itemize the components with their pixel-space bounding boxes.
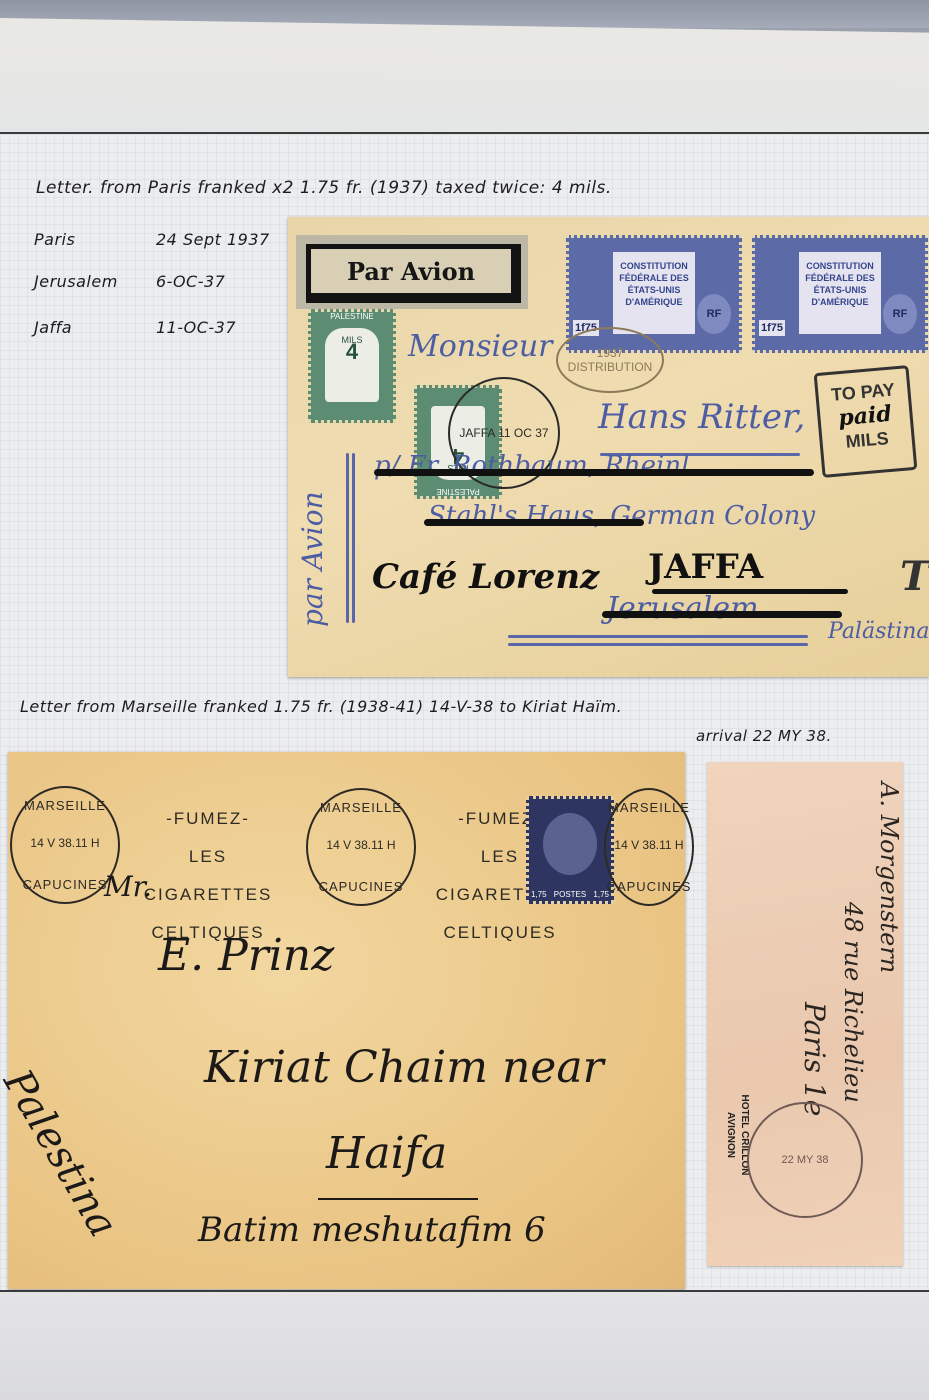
cancel-date: 14 V 38.11 H xyxy=(12,836,118,850)
side-rule xyxy=(346,453,349,623)
cancel-date: 14 V 38.11 H xyxy=(606,838,692,852)
arrival-postmark: 22 MY 38 xyxy=(747,1102,863,1218)
section1-heading: Letter. from Paris franked x2 1.75 fr. (… xyxy=(36,178,612,198)
stamp-text: D'AMÉRIQUE xyxy=(799,296,881,308)
sender-line: 48 rue Richelieu xyxy=(839,902,867,1103)
stamp-text: FÉDÉRALE DES xyxy=(799,272,881,284)
paris-cover: Par Avion CONSTITUTION FÉDÉRALE DES ÉTAT… xyxy=(288,217,929,677)
slogan-line: LES CIGARETTES xyxy=(128,838,288,914)
address-line: Haifa xyxy=(326,1128,447,1179)
cancel-town: MARSEILLE xyxy=(308,800,414,815)
stamp-country: PALESTINE xyxy=(417,487,499,496)
stamp-value: 4 xyxy=(325,346,379,358)
sender-line: A. Morgenstern xyxy=(875,782,903,973)
us-constitution-stamp: CONSTITUTION FÉDÉRALE DES ÉTATS-UNIS D'A… xyxy=(752,235,928,353)
stamp-panel: CONSTITUTION FÉDÉRALE DES ÉTATS-UNIS D'A… xyxy=(799,252,881,334)
address-line: Mr. xyxy=(104,870,152,903)
address-line: Kiriat Chaim near xyxy=(204,1042,604,1093)
address-underline xyxy=(318,1198,478,1200)
redirect-jaffa: JAFFA xyxy=(648,547,763,587)
route-entry: Paris24 Sept 1937 xyxy=(34,230,270,249)
imprint-line: AVIGNON xyxy=(723,1080,737,1190)
stamp-text: ÉTATS-UNIS xyxy=(799,284,881,296)
address-line: Batim meshutafim 6 xyxy=(198,1210,546,1250)
cancel-office: CAPUCINES xyxy=(308,879,414,894)
address-line: Hans Ritter, xyxy=(598,397,805,437)
route-entry: Jaffa11-OC-37 xyxy=(34,318,236,337)
marseille-cover: MARSEILLE 14 V 38.11 H CAPUCINES -FUMEZ-… xyxy=(8,752,685,1289)
redirect-underline xyxy=(652,589,848,594)
cancel-office: CAPUCINES xyxy=(12,877,118,892)
airmail-label: Par Avion xyxy=(296,235,528,309)
route-place: Jaffa xyxy=(34,318,156,337)
airmail-label-text: Par Avion xyxy=(306,244,521,303)
address-country: Palästina xyxy=(828,619,929,644)
route-date: 6-OC-37 xyxy=(156,272,225,291)
stamp-text: ÉTATS-UNIS xyxy=(613,284,695,296)
lower-album-sheet xyxy=(0,1290,929,1400)
slogan-line: -FUMEZ- xyxy=(128,800,288,838)
address-underline xyxy=(508,635,808,638)
ceres-stamp: 1,75 POSTES 1,75 xyxy=(526,796,614,904)
section2-heading: Letter from Marseille franked 1.75 fr. (… xyxy=(20,697,622,716)
address-country: Palestina xyxy=(0,1062,126,1245)
side-rule xyxy=(352,453,355,623)
stamp-footer: 1,75 POSTES 1,75 xyxy=(531,890,609,899)
machine-cancel: MARSEILLE 14 V 38.11 H CAPUCINES xyxy=(306,788,416,906)
paris-postmark: 1937 DISTRIBUTION xyxy=(556,327,664,393)
stamp-text: FÉDÉRALE DES xyxy=(613,272,695,284)
strikethrough xyxy=(424,519,644,526)
route-place: Jerusalem xyxy=(34,272,156,291)
rf-shield-icon: RF xyxy=(883,294,917,334)
cancel-office: CAPUCINES xyxy=(606,879,692,894)
route-date: 11-OC-37 xyxy=(156,318,236,337)
stamp-value: 1f75 xyxy=(759,320,785,336)
rf-shield-icon: RF xyxy=(697,294,731,334)
redirect-cafe: Café Lorenz xyxy=(372,557,599,597)
route-entry: Jerusalem6-OC-37 xyxy=(34,272,225,291)
address-line-struck: Jerusalem xyxy=(606,591,759,626)
stamp-value: 1,75 xyxy=(531,890,547,899)
stamp-country: PALESTINE xyxy=(311,312,393,321)
cancel-town: MARSEILLE xyxy=(606,800,692,815)
address-line: E. Prinz xyxy=(158,930,334,981)
address-line: Monsieur xyxy=(408,329,553,364)
stamp-text: CONSTITUTION xyxy=(613,260,695,272)
palestine-postage-due-stamp: PALESTINE MILS 4 xyxy=(308,309,396,423)
par-avion-handwritten: par Avion xyxy=(296,491,329,627)
stamp-label: POSTES xyxy=(554,890,586,899)
arrival-note: arrival 22 MY 38. xyxy=(696,727,832,745)
stamp-panel: CONSTITUTION FÉDÉRALE DES ÉTATS-UNIS D'A… xyxy=(613,252,695,334)
strikethrough xyxy=(602,611,842,618)
to-pay-handstamp: TO PAY paid MILS xyxy=(814,365,918,478)
stamp-text: D'AMÉRIQUE xyxy=(613,296,695,308)
strikethrough xyxy=(374,469,814,476)
stamp-text: CONSTITUTION xyxy=(799,260,881,272)
address-line-partial-struck: Stahl's Haus, German Colony xyxy=(428,501,815,531)
route-place: Paris xyxy=(34,230,156,249)
address-underline xyxy=(508,643,808,646)
route-date: 24 Sept 1937 xyxy=(156,230,270,249)
stamp-panel: MILS 4 xyxy=(325,328,379,402)
slogan-line: CELTIQUES xyxy=(420,914,580,952)
address-line-struck: p/ Fr. Rothbaum, Rheinl. xyxy=(374,451,698,481)
cancel-date: 14 V 38.11 H xyxy=(308,838,414,852)
tax-mark: T xyxy=(900,553,929,600)
machine-cancel: MARSEILLE 14 V 38.11 H CAPUCINES xyxy=(604,788,694,906)
ceres-head-icon xyxy=(543,813,597,875)
cancel-town: MARSEILLE xyxy=(12,798,118,813)
backflap-fragment: HOTEL CRILLON AVIGNON A. Morgenstern 48 … xyxy=(707,762,903,1266)
sender-line: Paris 1e xyxy=(798,1002,831,1116)
hotel-imprint: HOTEL CRILLON AVIGNON xyxy=(723,1080,751,1190)
